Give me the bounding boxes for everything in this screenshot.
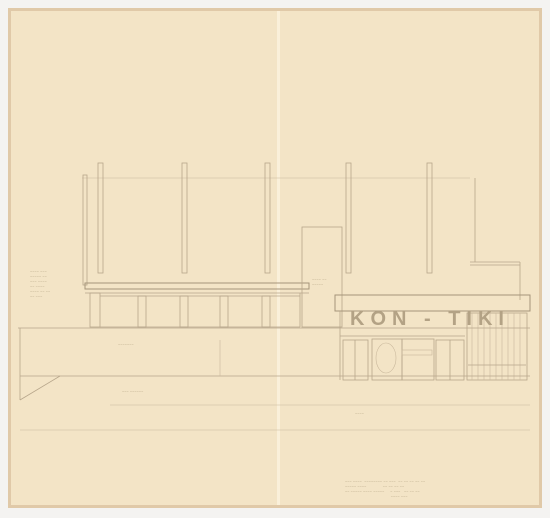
center-annotation: ~~~~ ~~ ~~~~~: [312, 278, 327, 288]
title-block: ~~~ ~~~~ ~~~~~~~~ ~~ ~~~ ~~ ~~ ~~ ~~ ~~ …: [345, 480, 425, 500]
kon-tiki-sign: KON - TIKI: [350, 308, 510, 331]
left-annotation: ~~~~ ~~~ ~~~~~ ~~ ~~~ ~~~~ ~~ ~~~~ ~~~~ …: [30, 270, 50, 300]
elevation-drawing: [0, 0, 550, 518]
dimension-annotation: ~~~~: [355, 412, 364, 417]
storefront-doors: [343, 339, 464, 380]
left-block-bays: [90, 293, 300, 327]
level-annotation: ~~~ ~~~~~~: [122, 390, 143, 395]
upper-columns: [83, 163, 475, 285]
ground-annotation: ~~~~~~~: [118, 343, 134, 348]
